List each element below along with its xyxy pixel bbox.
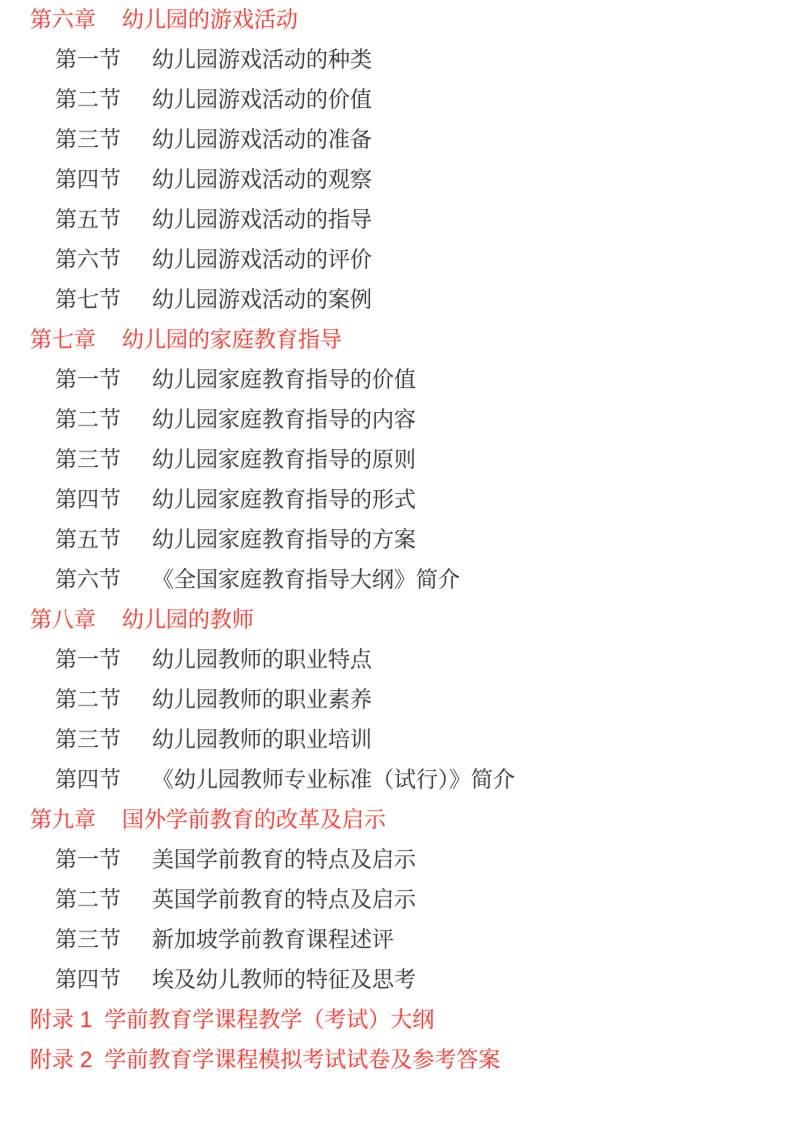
entry-number: 第一节 xyxy=(55,49,122,71)
entry-number: 第九章 xyxy=(30,809,96,831)
entry-title: 美国学前教育的特点及启示 xyxy=(152,849,416,871)
entry-number: 附录 1 xyxy=(30,1009,92,1031)
section-entry: 第二节幼儿园家庭教育指导的内容 xyxy=(0,400,790,440)
entry-title: 幼儿园家庭教育指导的原则 xyxy=(152,449,416,471)
entry-number: 附录 2 xyxy=(30,1049,92,1071)
section-entry: 第一节幼儿园教师的职业特点 xyxy=(0,640,790,680)
entry-number: 第二节 xyxy=(55,409,122,431)
entry-number: 第四节 xyxy=(55,769,122,791)
entry-title: 幼儿园游戏活动的价值 xyxy=(152,89,372,111)
section-entry: 第五节幼儿园游戏活动的指导 xyxy=(0,200,790,240)
entry-title: 幼儿园教师的职业特点 xyxy=(152,649,372,671)
entry-title: 学前教育学课程模拟考试试卷及参考答案 xyxy=(104,1049,500,1071)
entry-number: 第三节 xyxy=(55,929,122,951)
entry-title: 幼儿园的教师 xyxy=(122,609,254,631)
entry-number: 第八章 xyxy=(30,609,96,631)
section-entry: 第六节幼儿园游戏活动的评价 xyxy=(0,240,790,280)
section-entry: 第一节幼儿园家庭教育指导的价值 xyxy=(0,360,790,400)
entry-number: 第一节 xyxy=(55,849,122,871)
chapter-heading: 第六章幼儿园的游戏活动 xyxy=(0,0,790,40)
entry-number: 第七章 xyxy=(30,329,96,351)
entry-title: 幼儿园游戏活动的案例 xyxy=(152,289,372,311)
chapter-heading: 第九章国外学前教育的改革及启示 xyxy=(0,800,790,840)
entry-title: 幼儿园教师的职业素养 xyxy=(152,689,372,711)
section-entry: 第二节幼儿园游戏活动的价值 xyxy=(0,80,790,120)
section-entry: 第一节幼儿园游戏活动的种类 xyxy=(0,40,790,80)
entry-number: 第六节 xyxy=(55,249,122,271)
section-entry: 第四节《幼儿园教师专业标准（试行）》简介 xyxy=(0,760,790,800)
section-entry: 第七节幼儿园游戏活动的案例 xyxy=(0,280,790,320)
entry-number: 第二节 xyxy=(55,689,122,711)
entry-number: 第一节 xyxy=(55,649,122,671)
entry-number: 第二节 xyxy=(55,89,122,111)
entry-number: 第四节 xyxy=(55,969,122,991)
entry-title: 幼儿园游戏活动的评价 xyxy=(152,249,372,271)
entry-number: 第四节 xyxy=(55,169,122,191)
section-entry: 第四节幼儿园家庭教育指导的形式 xyxy=(0,480,790,520)
chapter-heading: 第七章幼儿园的家庭教育指导 xyxy=(0,320,790,360)
entry-number: 第六章 xyxy=(30,9,96,31)
entry-title: 学前教育学课程教学（考试）大纲 xyxy=(104,1009,434,1031)
entry-title: 《幼儿园教师专业标准（试行）》简介 xyxy=(152,769,515,791)
entry-number: 第五节 xyxy=(55,529,122,551)
entry-number: 第六节 xyxy=(55,569,122,591)
entry-title: 埃及幼儿教师的特征及思考 xyxy=(152,969,416,991)
section-entry: 第四节幼儿园游戏活动的观察 xyxy=(0,160,790,200)
entry-number: 第四节 xyxy=(55,489,122,511)
section-entry: 第三节幼儿园游戏活动的准备 xyxy=(0,120,790,160)
section-entry: 第三节新加坡学前教育课程述评 xyxy=(0,920,790,960)
entry-title: 幼儿园家庭教育指导的内容 xyxy=(152,409,416,431)
section-entry: 第四节埃及幼儿教师的特征及思考 xyxy=(0,960,790,1000)
entry-title: 幼儿园家庭教育指导的方案 xyxy=(152,529,416,551)
appendix-entry: 附录 2学前教育学课程模拟考试试卷及参考答案 xyxy=(0,1040,790,1080)
section-entry: 第五节幼儿园家庭教育指导的方案 xyxy=(0,520,790,560)
entry-number: 第一节 xyxy=(55,369,122,391)
entry-number: 第七节 xyxy=(55,289,122,311)
entry-number: 第五节 xyxy=(55,209,122,231)
chapter-heading: 第八章幼儿园的教师 xyxy=(0,600,790,640)
entry-number: 第二节 xyxy=(55,889,122,911)
entry-title: 英国学前教育的特点及启示 xyxy=(152,889,416,911)
entry-number: 第三节 xyxy=(55,129,122,151)
section-entry: 第三节幼儿园家庭教育指导的原则 xyxy=(0,440,790,480)
entry-title: 国外学前教育的改革及启示 xyxy=(122,809,386,831)
entry-title: 幼儿园游戏活动的指导 xyxy=(152,209,372,231)
section-entry: 第六节《全国家庭教育指导大纲》简介 xyxy=(0,560,790,600)
section-entry: 第二节幼儿园教师的职业素养 xyxy=(0,680,790,720)
entry-title: 幼儿园游戏活动的准备 xyxy=(152,129,372,151)
toc-page: 第六章幼儿园的游戏活动第一节幼儿园游戏活动的种类第二节幼儿园游戏活动的价值第三节… xyxy=(0,0,790,1130)
entry-number: 第三节 xyxy=(55,449,122,471)
entry-title: 新加坡学前教育课程述评 xyxy=(152,929,394,951)
appendix-entry: 附录 1学前教育学课程教学（考试）大纲 xyxy=(0,1000,790,1040)
entry-title: 幼儿园的游戏活动 xyxy=(122,9,298,31)
section-entry: 第二节英国学前教育的特点及启示 xyxy=(0,880,790,920)
entry-title: 幼儿园的家庭教育指导 xyxy=(122,329,342,351)
entry-title: 幼儿园家庭教育指导的形式 xyxy=(152,489,416,511)
entry-title: 幼儿园游戏活动的观察 xyxy=(152,169,372,191)
entry-number: 第三节 xyxy=(55,729,122,751)
entry-title: 幼儿园教师的职业培训 xyxy=(152,729,372,751)
entry-title: 幼儿园家庭教育指导的价值 xyxy=(152,369,416,391)
section-entry: 第三节幼儿园教师的职业培训 xyxy=(0,720,790,760)
entry-title: 《全国家庭教育指导大纲》简介 xyxy=(152,569,460,591)
entry-title: 幼儿园游戏活动的种类 xyxy=(152,49,372,71)
table-of-contents: 第六章幼儿园的游戏活动第一节幼儿园游戏活动的种类第二节幼儿园游戏活动的价值第三节… xyxy=(0,0,790,1080)
section-entry: 第一节美国学前教育的特点及启示 xyxy=(0,840,790,880)
